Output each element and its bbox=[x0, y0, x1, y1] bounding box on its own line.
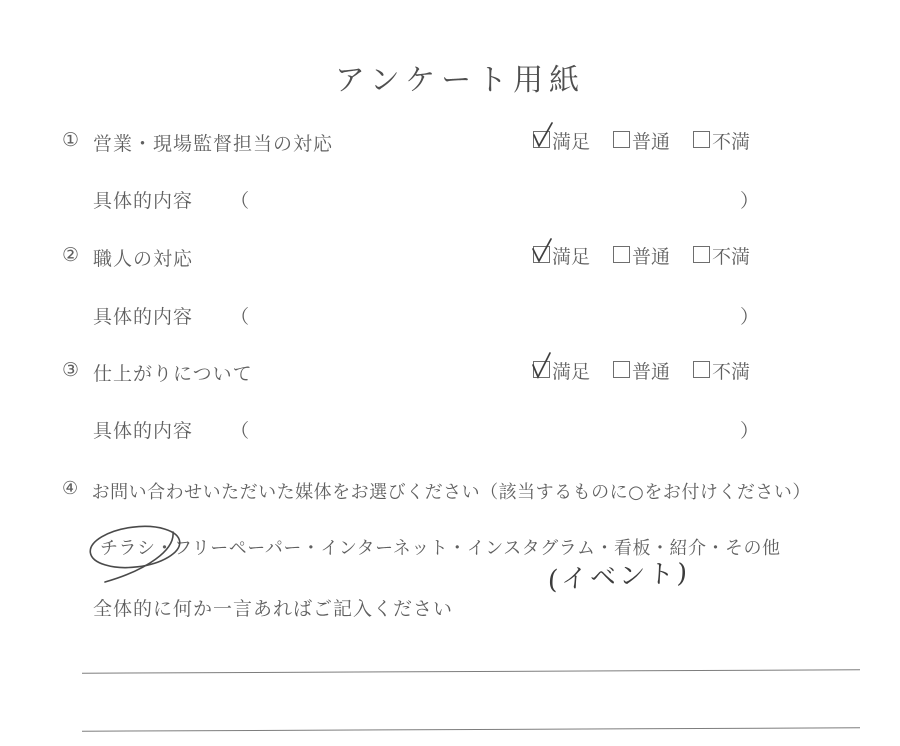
rating-option-neutral: 普通 bbox=[613, 127, 670, 154]
checkbox-dissatisfied bbox=[693, 131, 710, 148]
rating-option-dissatisfied: 不満 bbox=[693, 127, 750, 154]
detail-row-1: 具体的内容 （ ） bbox=[93, 186, 760, 213]
checkmark-icon bbox=[530, 121, 556, 151]
rating-row-2: 満足 普通 不満 bbox=[533, 242, 750, 269]
detail-label: 具体的内容 bbox=[93, 306, 193, 328]
questionnaire-sheet: アンケート用紙 ① 営業・現場監督担当の対応 満足 普通 不満 具体的内容 （ … bbox=[0, 0, 900, 746]
rating-option-neutral: 普通 bbox=[613, 357, 670, 384]
checkbox-neutral bbox=[613, 361, 630, 378]
detail-row-3: 具体的内容 （ ） bbox=[93, 416, 760, 443]
question-row-4: ④ お問い合わせいただいた媒体をお選びください（該当するものに○をお付けください… bbox=[62, 478, 811, 504]
detail-close-paren: ） bbox=[740, 416, 760, 443]
answer-line-2 bbox=[82, 727, 860, 731]
detail-row-2: 具体的内容 （ ） bbox=[93, 302, 760, 329]
circled-option: チラシ bbox=[100, 534, 156, 560]
detail-open-paren: （ bbox=[230, 306, 250, 328]
checkbox-satisfied-checked bbox=[533, 131, 550, 148]
checkbox-dissatisfied bbox=[693, 246, 710, 263]
question-number: ② bbox=[62, 244, 80, 271]
question-row-2: ② 職人の対応 bbox=[62, 244, 193, 271]
rating-option-satisfied: 満足 bbox=[533, 357, 590, 384]
rating-option-satisfied: 満足 bbox=[533, 127, 590, 154]
rating-label-neutral: 普通 bbox=[632, 357, 670, 384]
rating-option-dissatisfied: 不満 bbox=[693, 242, 750, 269]
question-number: ① bbox=[62, 129, 80, 156]
detail-open-paren: （ bbox=[230, 190, 250, 212]
handwritten-note: (イベント) bbox=[547, 552, 691, 597]
rating-label-satisfied: 満足 bbox=[552, 127, 590, 154]
question-label: 仕上がりについて bbox=[93, 359, 253, 386]
question-label: 職人の対応 bbox=[93, 244, 193, 271]
detail-open-paren: （ bbox=[230, 420, 250, 442]
rating-row-3: 満足 普通 不満 bbox=[533, 357, 750, 384]
question-label: 営業・現場監督担当の対応 bbox=[93, 129, 333, 156]
checkmark-icon bbox=[530, 236, 556, 266]
rating-row-1: 満足 普通 不満 bbox=[533, 127, 750, 154]
rating-label-neutral: 普通 bbox=[632, 127, 670, 154]
page-title: アンケート用紙 bbox=[0, 55, 900, 99]
detail-close-paren: ） bbox=[740, 186, 760, 213]
rating-option-dissatisfied: 不満 bbox=[693, 357, 750, 384]
rating-label-neutral: 普通 bbox=[632, 242, 670, 269]
answer-line-1 bbox=[82, 669, 860, 673]
checkbox-neutral bbox=[613, 131, 630, 148]
checkbox-dissatisfied bbox=[693, 361, 710, 378]
detail-label: 具体的内容 bbox=[93, 420, 193, 442]
rating-label-satisfied: 満足 bbox=[552, 242, 590, 269]
checkbox-neutral bbox=[613, 246, 630, 263]
question-label: お問い合わせいただいた媒体をお選びください（該当するものに○をお付けください） bbox=[92, 478, 811, 504]
circled-option-label: チラシ bbox=[100, 538, 156, 559]
checkbox-satisfied-checked bbox=[533, 246, 550, 263]
detail-close-paren: ） bbox=[740, 302, 760, 329]
rating-option-neutral: 普通 bbox=[613, 242, 670, 269]
rating-label-dissatisfied: 不満 bbox=[712, 357, 750, 384]
rating-label-satisfied: 満足 bbox=[552, 357, 590, 384]
rating-option-satisfied: 満足 bbox=[533, 242, 590, 269]
question-number: ④ bbox=[62, 478, 79, 504]
checkbox-satisfied-checked bbox=[533, 361, 550, 378]
comment-prompt: 全体的に何か一言あればご記入ください bbox=[93, 594, 453, 621]
checkmark-icon bbox=[530, 351, 556, 381]
question-number: ③ bbox=[62, 359, 80, 386]
question-row-3: ③ 仕上がりについて bbox=[62, 359, 253, 386]
detail-label: 具体的内容 bbox=[93, 190, 193, 212]
rating-label-dissatisfied: 不満 bbox=[712, 127, 750, 154]
rating-label-dissatisfied: 不満 bbox=[712, 242, 750, 269]
question-row-1: ① 営業・現場監督担当の対応 bbox=[62, 129, 333, 156]
comment-prompt-row: 全体的に何か一言あればご記入ください bbox=[93, 594, 453, 621]
